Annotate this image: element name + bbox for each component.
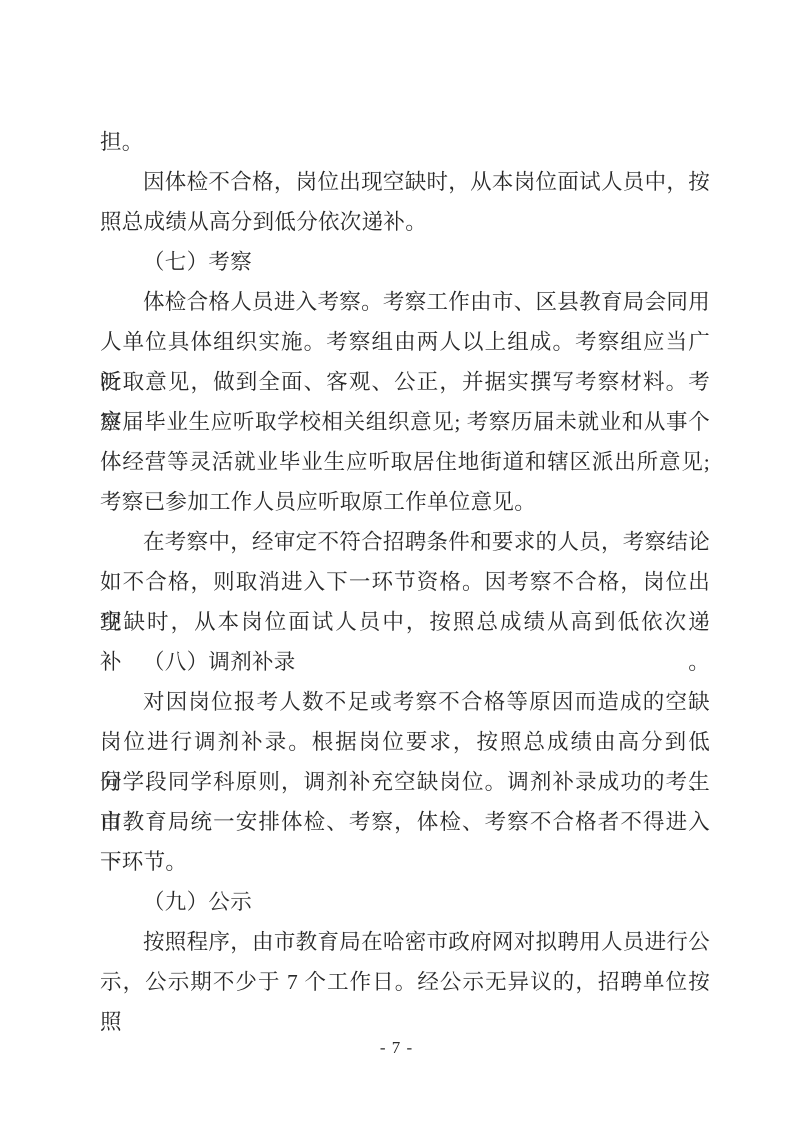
text-line: 岗位进行调剂补录。根据岗位要求，按照总成绩由高分到低分、 <box>100 722 710 762</box>
text-line: 对因岗位报考人数不足或考察不合格等原因而造成的空缺 <box>100 682 710 722</box>
document-body: 担。 因体检不合格，岗位出现空缺时，从本岗位面试人员中，按 照总成绩从高分到低分… <box>100 122 710 1002</box>
paragraph: 按照程序，由市教育局在哈密市政府网对拟聘用人员进行公 示，公示期不少于 7 个工… <box>100 922 710 1002</box>
text-line: 市教育局统一安排体检、考察，体检、考察不合格者不得进入下 <box>100 802 710 842</box>
text-line: 应届毕业生应听取学校相关组织意见; 考察历届未就业和从事个 <box>100 402 710 442</box>
paragraph: 因体检不合格，岗位出现空缺时，从本岗位面试人员中，按 照总成绩从高分到低分依次递… <box>100 162 710 242</box>
document-page: 担。 因体检不合格，岗位出现空缺时，从本岗位面试人员中，按 照总成绩从高分到低分… <box>0 0 793 1122</box>
text-line: 空缺时，从本岗位面试人员中，按照总成绩从高到低依次递补。 <box>100 602 710 642</box>
text-line: 考察已参加工作人员应听取原工作单位意见。 <box>100 482 710 522</box>
text-line: 如不合格，则取消进入下一环节资格。因考察不合格，岗位出现 <box>100 562 710 602</box>
text-line: 体检合格人员进入考察。考察工作由市、区县教育局会同用 <box>100 282 710 322</box>
paragraph: 体检合格人员进入考察。考察工作由市、区县教育局会同用 人单位具体组织实施。考察组… <box>100 282 710 522</box>
paragraph: （七）考察 <box>100 242 710 282</box>
section-heading: （九）公示 <box>100 882 710 922</box>
page-footer: - 7 - <box>0 1036 793 1060</box>
paragraph: 在考察中，经审定不符合招聘条件和要求的人员，考察结论 如不合格，则取消进入下一环… <box>100 522 710 642</box>
paragraph: 对因岗位报考人数不足或考察不合格等原因而造成的空缺 岗位进行调剂补录。根据岗位要… <box>100 682 710 882</box>
page-number: - 7 - <box>380 1038 413 1057</box>
text-line: 一环节。 <box>100 842 710 882</box>
text-line: 担。 <box>100 122 710 162</box>
text-line: 听取意见，做到全面、客观、公正，并据实撰写考察材料。考察 <box>100 362 710 402</box>
text-line: 照总成绩从高分到低分依次递补。 <box>100 202 710 242</box>
text-line: 同学段同学科原则，调剂补充空缺岗位。调剂补录成功的考生由 <box>100 762 710 802</box>
text-line: 示，公示期不少于 7 个工作日。经公示无异议的，招聘单位按照 <box>100 962 710 1002</box>
text-line: 在考察中，经审定不符合招聘条件和要求的人员，考察结论 <box>100 522 710 562</box>
text-line: 因体检不合格，岗位出现空缺时，从本岗位面试人员中，按 <box>100 162 710 202</box>
text-line: 人单位具体组织实施。考察组由两人以上组成。考察组应当广泛 <box>100 322 710 362</box>
text-line: 按照程序，由市教育局在哈密市政府网对拟聘用人员进行公 <box>100 922 710 962</box>
section-heading: （七）考察 <box>100 242 710 282</box>
paragraph: 担。 <box>100 122 710 162</box>
text-line: 体经营等灵活就业毕业生应听取居住地街道和辖区派出所意见; <box>100 442 710 482</box>
paragraph: （九）公示 <box>100 882 710 922</box>
